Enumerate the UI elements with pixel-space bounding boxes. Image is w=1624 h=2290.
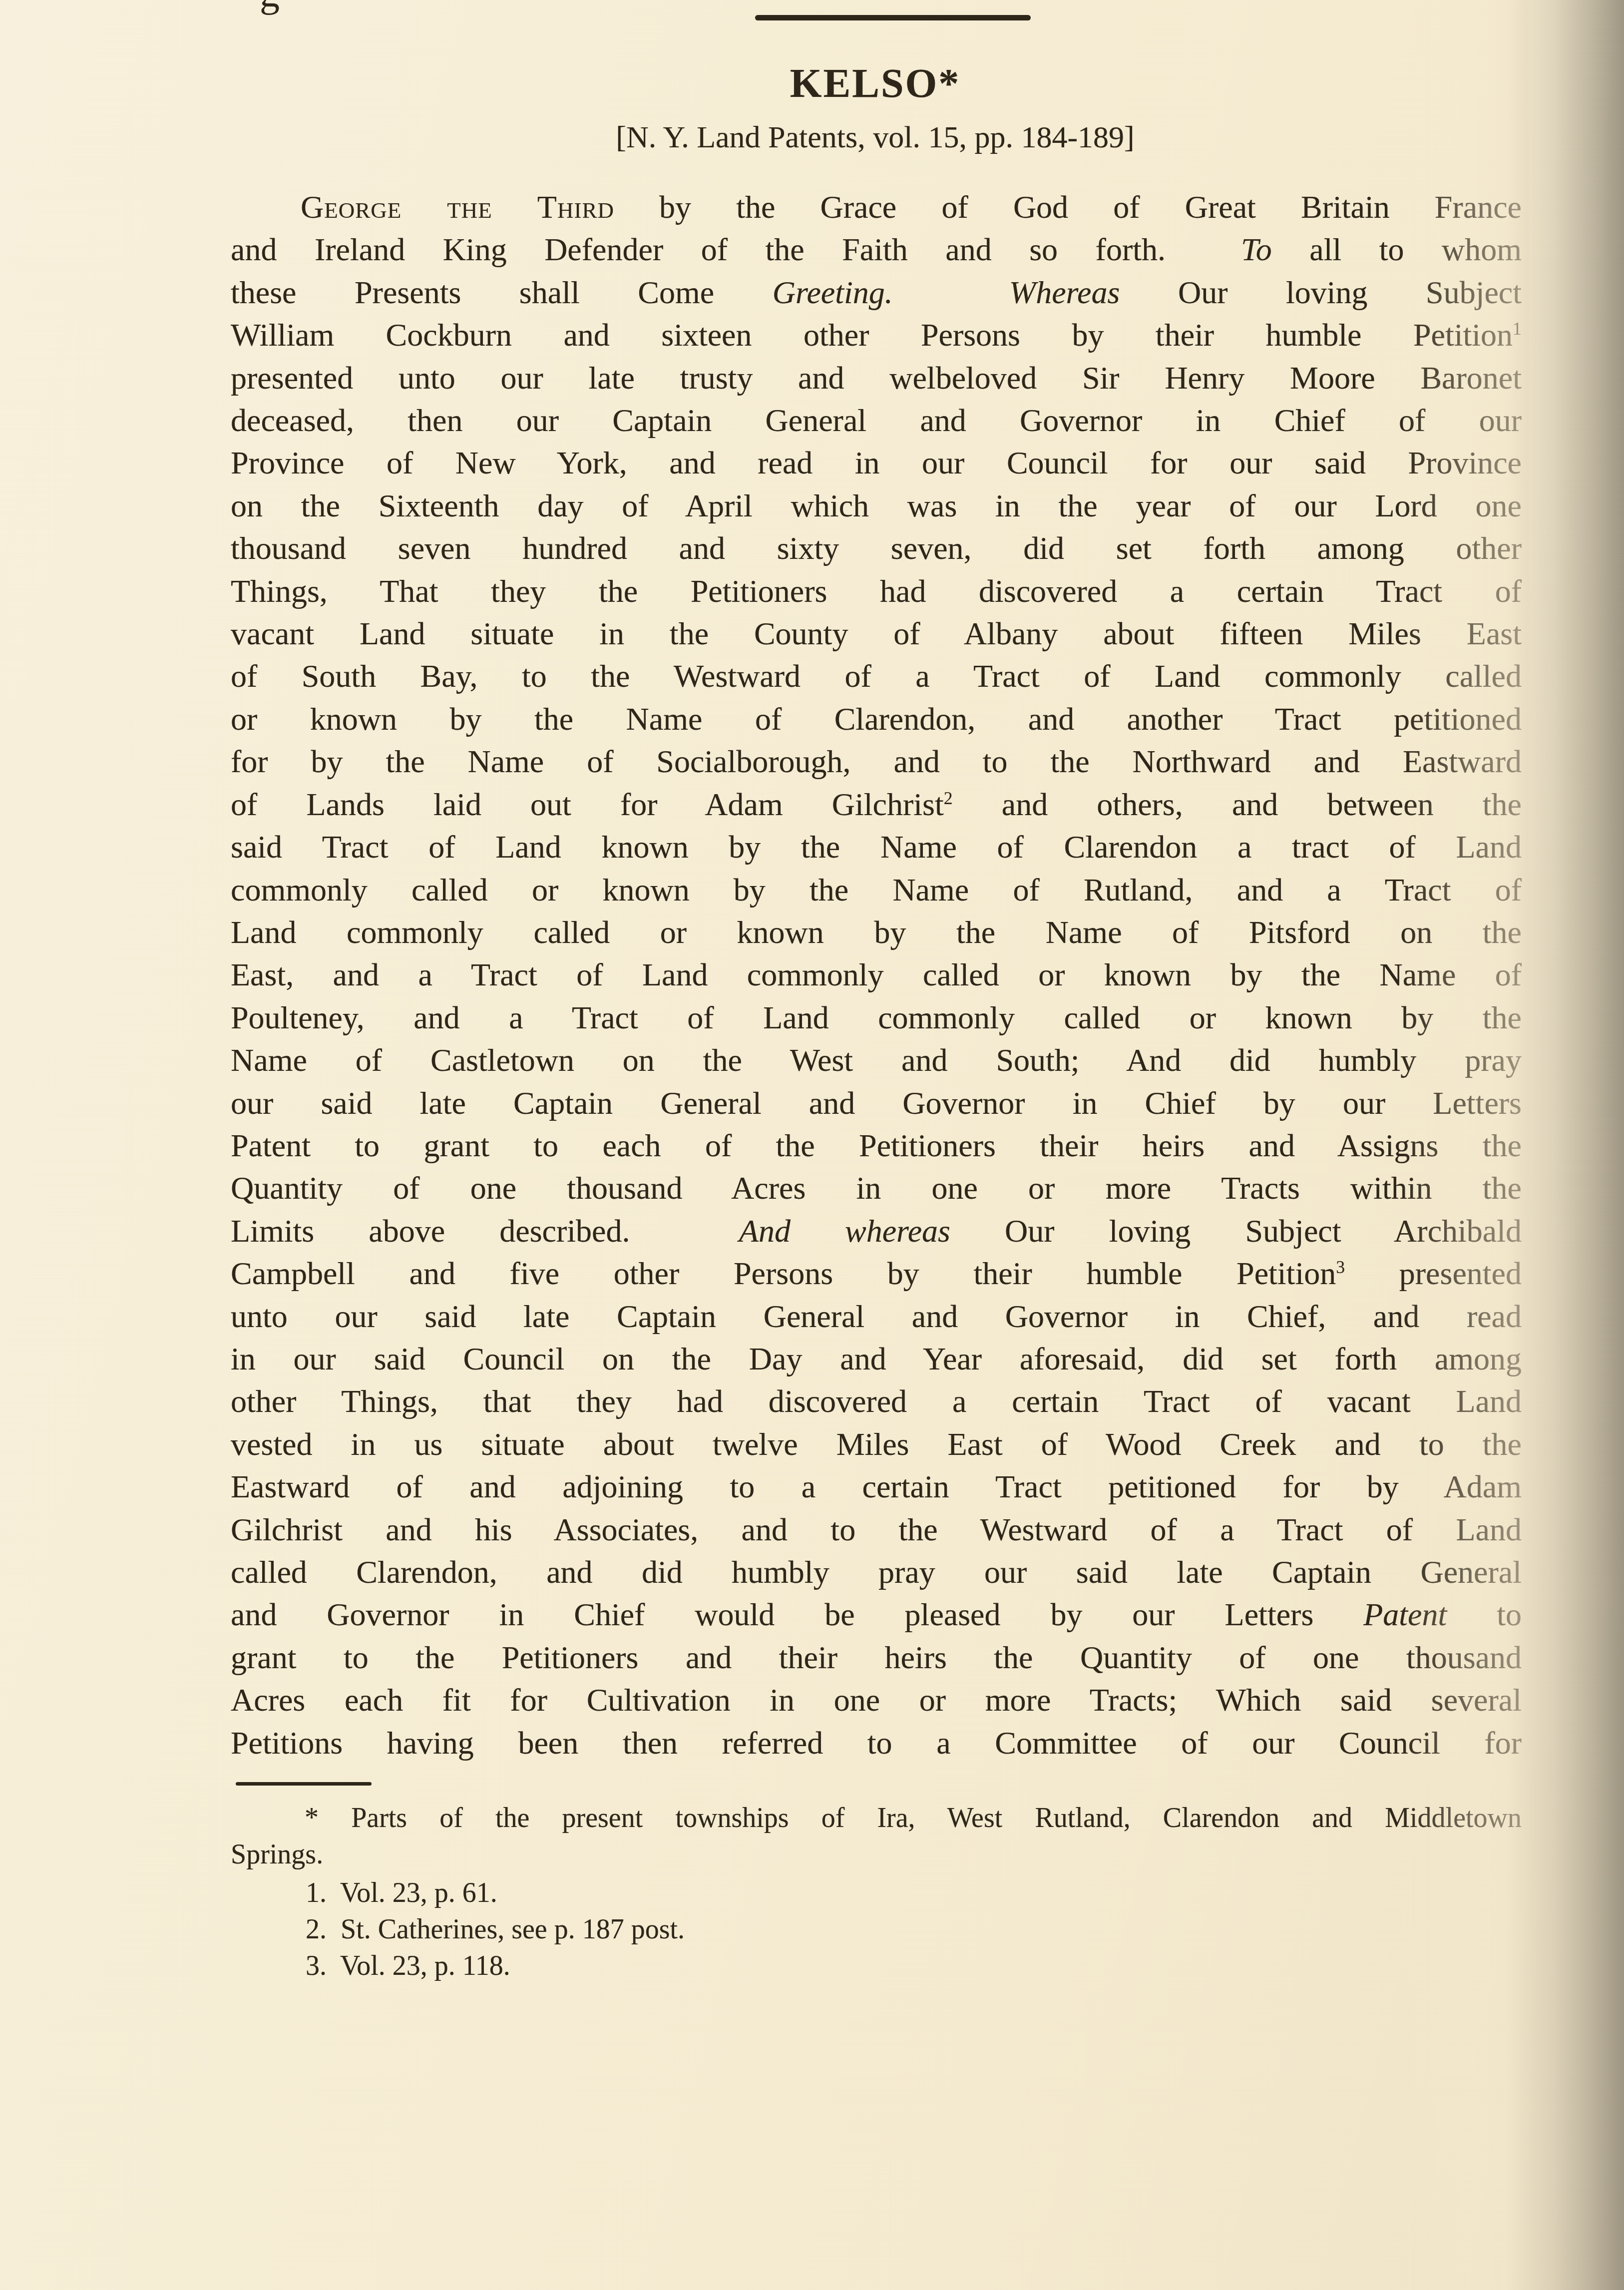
text-segment: called Clarendon, and did humbly pray ou… <box>231 1554 1522 1590</box>
footnote-note: 1. Vol. 23, p. 61. <box>231 1875 1522 1911</box>
text-segment: Patent to grant to each of the Petitione… <box>231 1128 1522 1163</box>
text-segment: Whereas <box>1009 275 1120 310</box>
text-segment: other Things, that they had discovered a… <box>231 1383 1522 1419</box>
text-segment: these Presents shall Come <box>231 275 773 310</box>
body-line: of Lands laid out for Adam Gilchrist2 an… <box>231 783 1522 826</box>
body-line: William Cockburn and sixteen other Perso… <box>231 314 1522 356</box>
text-segment: presented unto our late trusty and welbe… <box>231 360 1522 396</box>
body-line: George the Third by the Grace of God of … <box>231 186 1522 228</box>
text-segment: our said late Captain General and Govern… <box>231 1085 1522 1121</box>
body-line: our said late Captain General and Govern… <box>231 1082 1522 1124</box>
text-segment: vacant Land situate in the County of Alb… <box>231 616 1522 651</box>
body-line: Poulteney, and a Tract of Land commonly … <box>231 996 1522 1039</box>
text-segment: 1 <box>1513 319 1522 339</box>
text-segment: of Lands laid out for Adam Gilchrist <box>231 787 944 822</box>
text-segment: Province of New York, and read in our Co… <box>231 445 1522 480</box>
body-line: these Presents shall Come Greeting. Wher… <box>231 271 1522 314</box>
body-line: for by the Name of Socialborough, and to… <box>231 740 1522 783</box>
text-segment: and Ireland King Defender of the Faith a… <box>231 232 1241 267</box>
body-line: Acres each fit for Cultivation in one or… <box>231 1679 1522 1721</box>
body-line: unto our said late Captain General and G… <box>231 1295 1522 1338</box>
text-segment: Poulteney, and a Tract of Land commonly … <box>231 1000 1522 1035</box>
text-segment: unto our said late Captain General and G… <box>231 1299 1522 1334</box>
body-line: in our said Council on the Day and Year … <box>231 1338 1522 1380</box>
text-segment: or known by the Name of Clarendon, and a… <box>231 701 1522 737</box>
text-segment: vested in us situate about twelve Miles … <box>231 1426 1522 1462</box>
text-segment <box>893 275 1009 310</box>
text-segment: Quantity of one thousand Acres in one or… <box>231 1170 1522 1206</box>
text-segment: Eastward of and adjoining to a certain T… <box>231 1469 1522 1504</box>
body-line: called Clarendon, and did humbly pray ou… <box>231 1551 1522 1593</box>
body-line: other Things, that they had discovered a… <box>231 1380 1522 1422</box>
body-line: commonly called or known by the Name of … <box>231 869 1522 911</box>
text-segment: Petitions having been then referred to a… <box>231 1725 1522 1761</box>
text-segment: Patent <box>1363 1597 1447 1632</box>
body-line: Quantity of one thousand Acres in one or… <box>231 1167 1522 1209</box>
body-line: thousand seven hundred and sixty seven, … <box>231 527 1522 569</box>
book-gutter-shadow <box>1507 0 1624 2290</box>
text-segment: Things, That they the Petitioners had di… <box>231 573 1522 609</box>
body-line: vacant Land situate in the County of Alb… <box>231 612 1522 655</box>
body-line: East, and a Tract of Land commonly calle… <box>231 953 1522 996</box>
body-line: Name of Castletown on the West and South… <box>231 1039 1522 1081</box>
text-segment: in our said Council on the Day and Year … <box>231 1341 1522 1376</box>
body-line: Things, That they the Petitioners had di… <box>231 570 1522 612</box>
body-text: George the Third by the Grace of God of … <box>231 186 1522 1764</box>
text-segment: and others, and between the <box>953 787 1522 822</box>
text-segment: Our loving Subject <box>1120 275 1522 310</box>
text-segment: deceased, then our Captain General and G… <box>231 403 1522 438</box>
footnote-note: 3. Vol. 23, p. 118. <box>231 1948 1522 1984</box>
body-line: or known by the Name of Clarendon, and a… <box>231 698 1522 740</box>
footnotes: * Parts of the present townships of Ira,… <box>231 1800 1522 1984</box>
body-line: Patent to grant to each of the Petitione… <box>231 1124 1522 1167</box>
text-segment: of South Bay, to the Westward of a Tract… <box>231 658 1522 694</box>
body-line: of South Bay, to the Westward of a Tract… <box>231 655 1522 697</box>
text-segment: Greeting. <box>773 275 893 310</box>
text-segment: 3 <box>1336 1257 1345 1277</box>
body-line: Petitions having been then referred to a… <box>231 1722 1522 1764</box>
body-line: Eastward of and adjoining to a certain T… <box>231 1465 1522 1508</box>
text-segment: Limits above described. <box>231 1213 739 1249</box>
text-segment: all to whom <box>1272 232 1522 267</box>
text-segment: said Tract of Land known by the Name of … <box>231 829 1522 865</box>
text-segment: to <box>1447 1597 1522 1632</box>
text-segment: thousand seven hundred and sixty seven, … <box>231 530 1522 566</box>
text-segment: And whereas <box>739 1213 950 1249</box>
body-line: Land commonly called or known by the Nam… <box>231 911 1522 953</box>
text-segment: William Cockburn and sixteen other Perso… <box>231 317 1513 353</box>
body-line: presented unto our late trusty and welbe… <box>231 357 1522 399</box>
text-segment: 2 <box>944 788 953 808</box>
text-segment: grant to the Petitioners and their heirs… <box>231 1640 1522 1675</box>
body-line: Province of New York, and read in our Co… <box>231 442 1522 484</box>
footnote-separator-rule <box>236 1782 372 1786</box>
footnote-notes: 1. Vol. 23, p. 61.2. St. Catherines, see… <box>231 1875 1522 1984</box>
footnote-star-line2: Springs. <box>231 1836 1522 1873</box>
text-segment: for by the Name of Socialborough, and to… <box>231 744 1522 779</box>
footnote-note: 2. St. Catherines, see p. 187 post. <box>231 1911 1522 1948</box>
cut-off-glyph-artifact: g <box>260 0 280 16</box>
body-line: on the Sixteenth day of April which was … <box>231 484 1522 527</box>
page: g KELSO* [N. Y. Land Patents, vol. 15, p… <box>0 0 1624 2290</box>
text-segment: presented <box>1345 1256 1522 1291</box>
source-reference: [N. Y. Land Patents, vol. 15, pp. 184-18… <box>230 120 1521 155</box>
body-line: Limits above described. And whereas Our … <box>231 1210 1522 1252</box>
text-segment: Name of Castletown on the West and South… <box>231 1042 1522 1078</box>
text-segment: Gilchrist and his Associates, and to the… <box>231 1512 1522 1547</box>
body-line: grant to the Petitioners and their heirs… <box>231 1636 1522 1679</box>
body-line: and Governor in Chief would be pleased b… <box>231 1593 1522 1636</box>
page-title: KELSO* <box>230 60 1521 107</box>
body-line: Gilchrist and his Associates, and to the… <box>231 1508 1522 1551</box>
text-segment: George the Third <box>301 189 614 225</box>
text-segment: Acres each fit for Cultivation in one or… <box>231 1682 1522 1718</box>
text-segment: on the Sixteenth day of April which was … <box>231 488 1522 523</box>
text-segment: To <box>1241 232 1272 267</box>
text-segment: by the Grace of God of Great Britain Fra… <box>614 189 1522 225</box>
body-line: Campbell and five other Persons by their… <box>231 1252 1522 1295</box>
footnote-star-line1: * Parts of the present townships of Ira,… <box>231 1800 1522 1836</box>
body-line: said Tract of Land known by the Name of … <box>231 826 1522 868</box>
text-segment: Land commonly called or known by the Nam… <box>231 915 1522 950</box>
text-segment: Campbell and five other Persons by their… <box>231 1256 1336 1291</box>
text-segment: Our loving Subject Archibald <box>950 1213 1522 1249</box>
section-divider-rule <box>755 15 1031 20</box>
body-line: deceased, then our Captain General and G… <box>231 399 1522 442</box>
text-segment: East, and a Tract of Land commonly calle… <box>231 957 1522 992</box>
body-line: vested in us situate about twelve Miles … <box>231 1423 1522 1465</box>
body-line: and Ireland King Defender of the Faith a… <box>231 228 1522 271</box>
text-segment: commonly called or known by the Name of … <box>231 872 1522 908</box>
text-segment: and Governor in Chief would be pleased b… <box>231 1597 1363 1632</box>
